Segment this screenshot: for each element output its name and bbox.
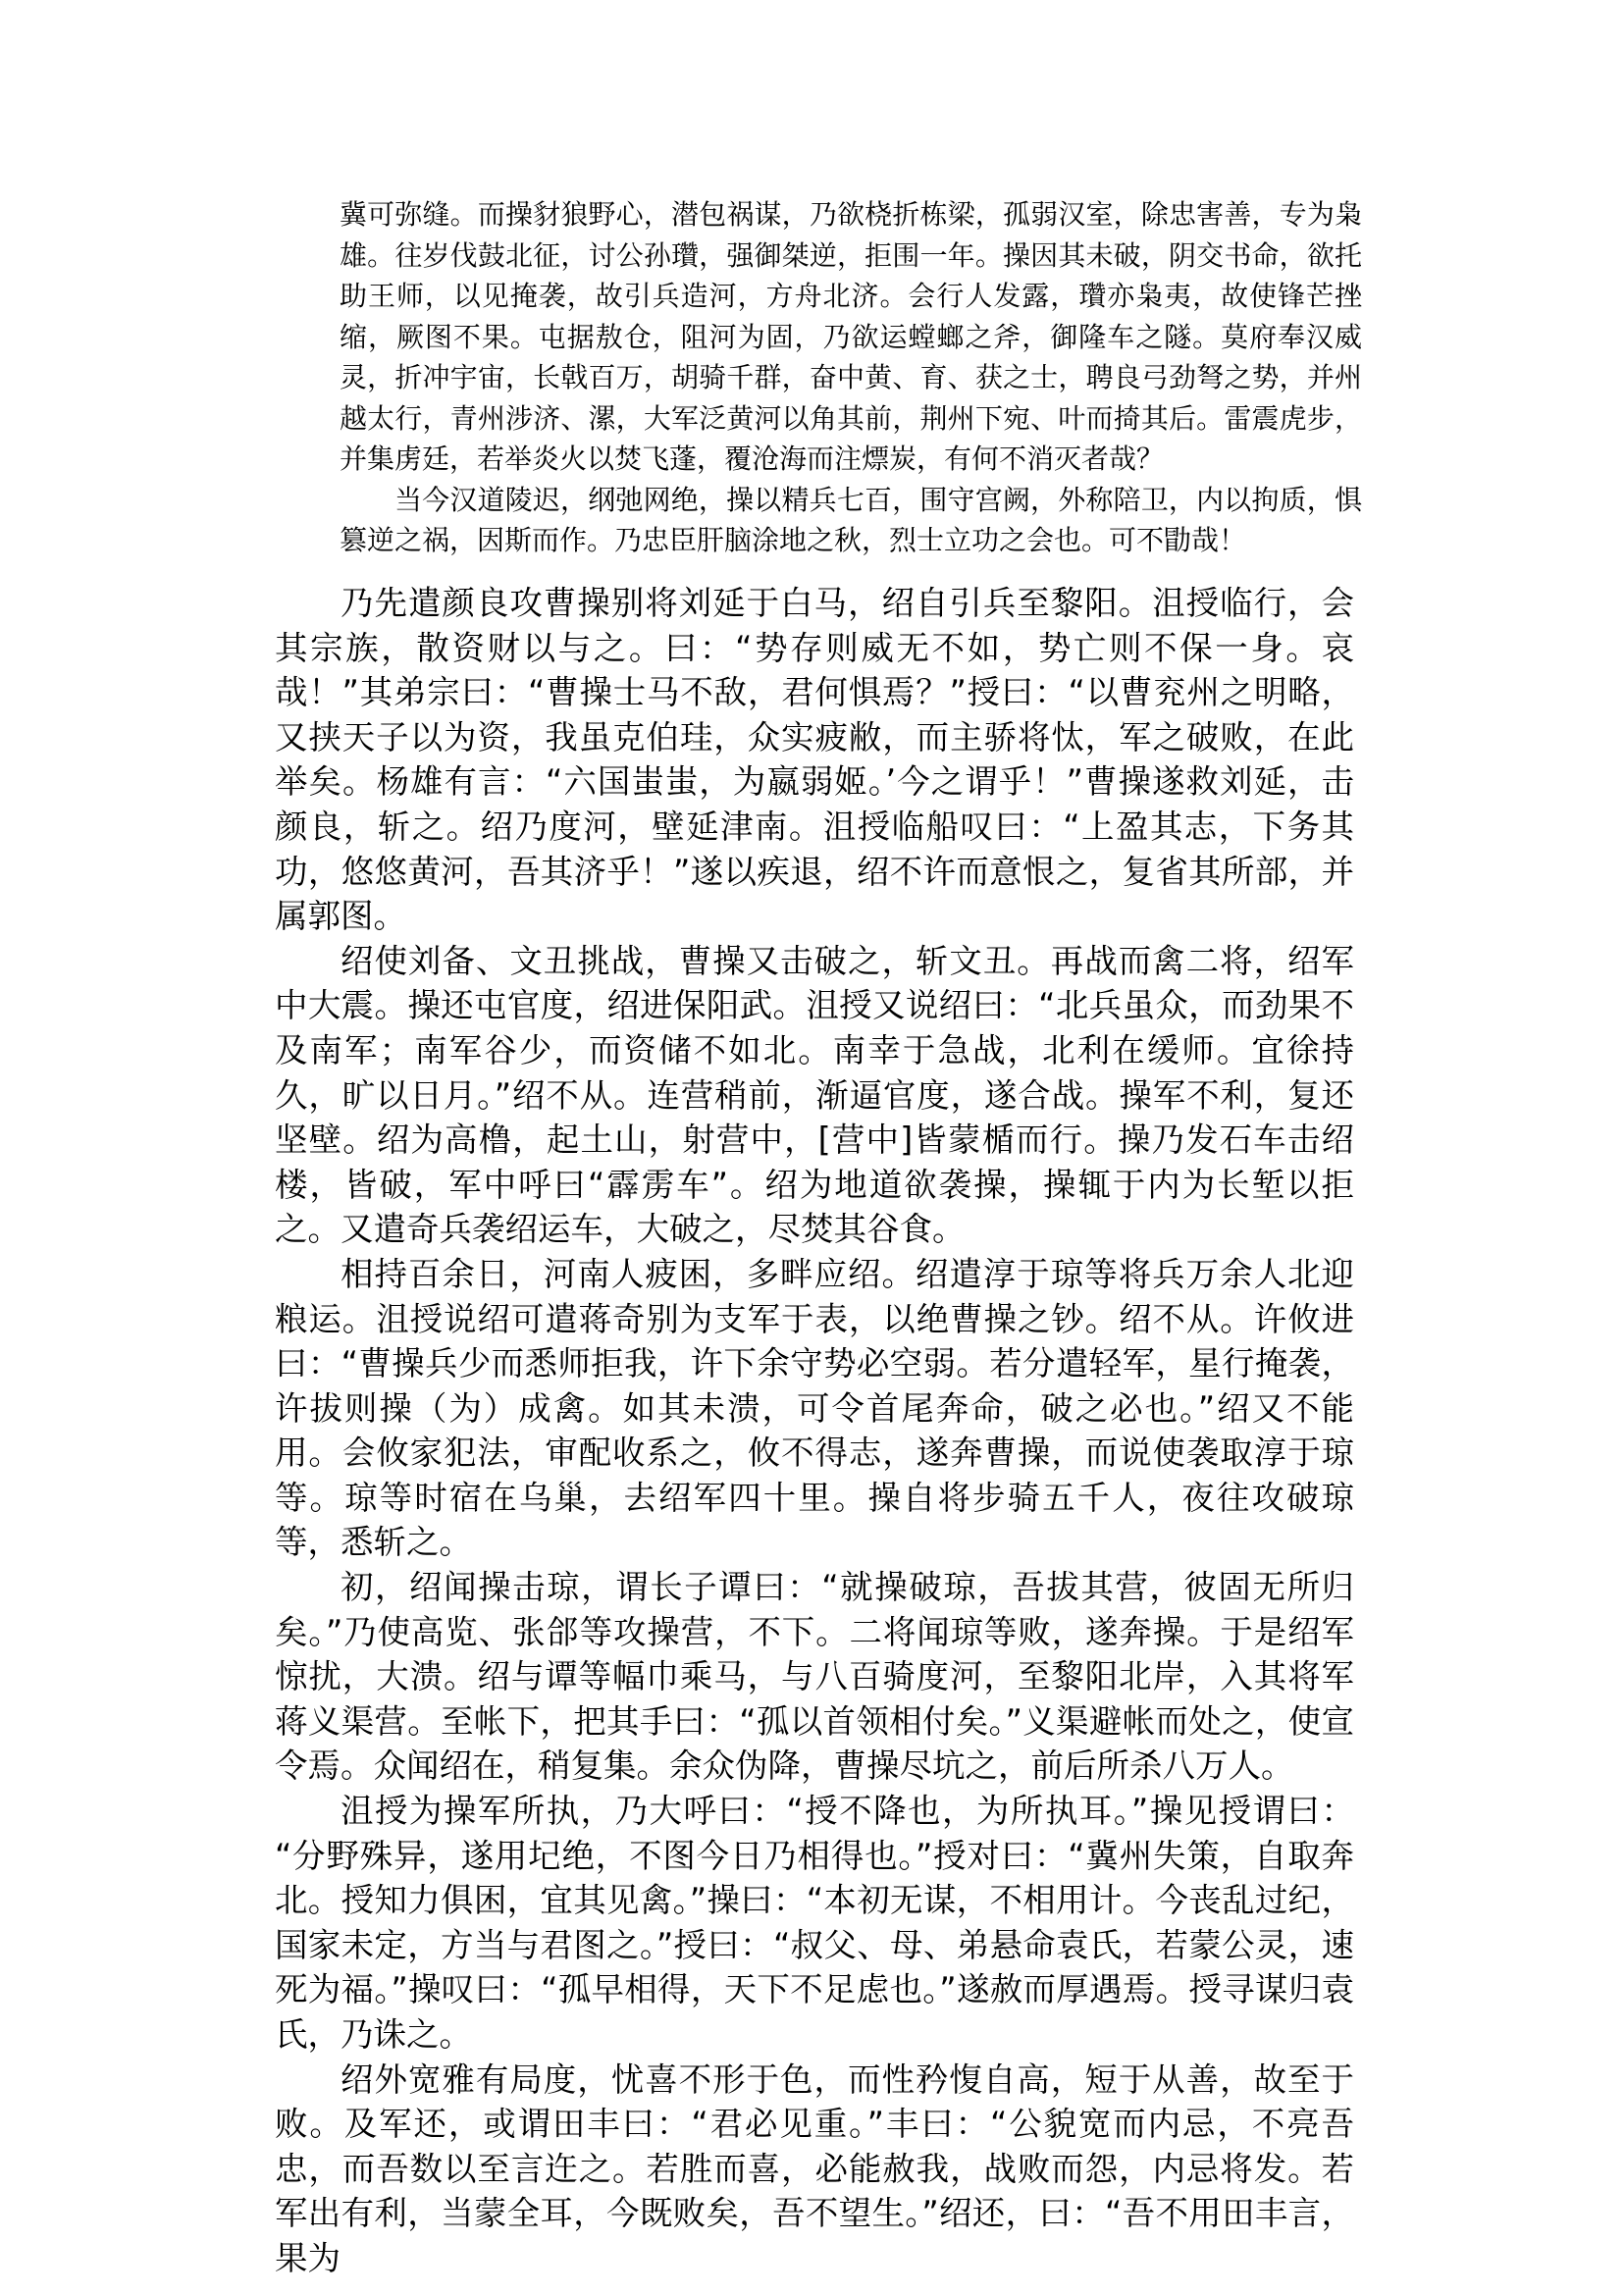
quote-paragraph-2: 当今汉道陵迟，纲弛网绝，操以精兵七百，围守宫阙，外称陪卫，内以拘质，惧篡逆之祸，…: [340, 480, 1362, 561]
body-paragraph-2: 绍使刘备、文丑挑战，曹操又击破之，斩文丑。再战而禽二将，绍军中大震。操还屯官度，…: [275, 939, 1354, 1252]
body-paragraph-1: 乃先遣颜良攻曹操别将刘延于白马，绍自引兵至黎阳。沮授临行，会其宗族，散资财以与之…: [275, 581, 1354, 939]
body-text-block: 乃先遣颜良攻曹操别将刘延于白马，绍自引兵至黎阳。沮授临行，会其宗族，散资财以与之…: [275, 581, 1354, 2281]
body-paragraph-6: 绍外宽雅有局度，忧喜不形于色，而性矜愎自高，短于从善，故至于败。及军还，或谓田丰…: [275, 2058, 1354, 2281]
body-paragraph-4: 初，绍闻操击琼，谓长子谭曰：“就操破琼，吾拔其营，彼固无所归矣。”乃使高览、张郃…: [275, 1565, 1354, 1789]
body-paragraph-5: 沮授为操军所执，乃大呼曰：“授不降也，为所执耳。”操见授谓曰：“分野殊异，遂用圮…: [275, 1789, 1354, 2058]
body-paragraph-3: 相持百余日，河南人疲困，多畔应绍。绍遣淳于琼等将兵万余人北迎粮运。沮授说绍可遣蒋…: [275, 1252, 1354, 1565]
document-page: 冀可弥缝。而操豺狼野心，潜包祸谋，乃欲桡折栋梁，孤弱汉室，除忠害善，专为枭雄。往…: [0, 0, 1624, 2294]
quote-paragraph-1: 冀可弥缝。而操豺狼野心，潜包祸谋，乃欲桡折栋梁，孤弱汉室，除忠害善，专为枭雄。往…: [340, 194, 1362, 480]
quotation-block: 冀可弥缝。而操豺狼野心，潜包祸谋，乃欲桡折栋梁，孤弱汉室，除忠害善，专为枭雄。往…: [340, 194, 1362, 561]
